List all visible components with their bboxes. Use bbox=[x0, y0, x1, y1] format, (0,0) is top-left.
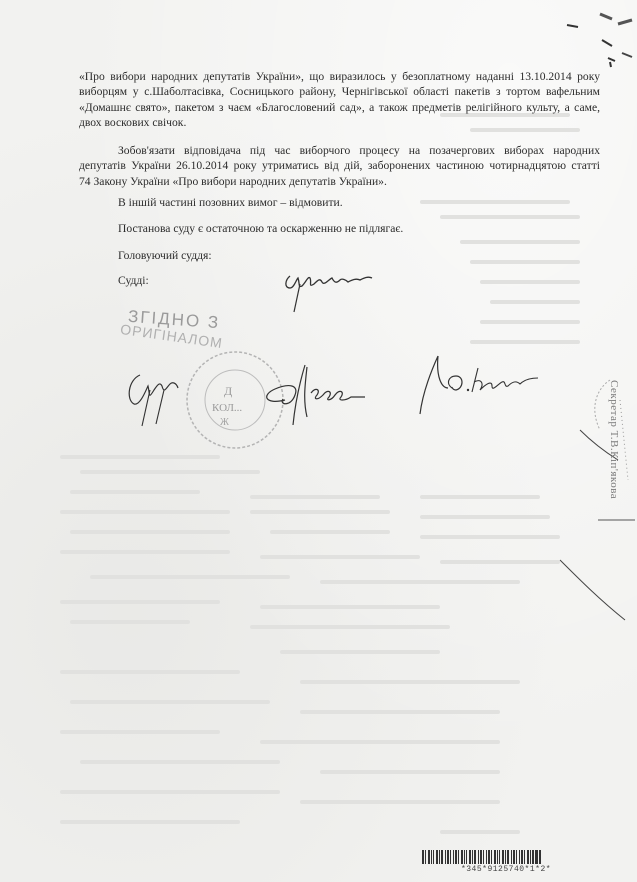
text-line: Зобов'язати відповідача під час виборчог… bbox=[79, 143, 600, 158]
judges-label: Судді: bbox=[118, 273, 149, 288]
rejection-text: В іншій частині позовних вимог – відмови… bbox=[118, 195, 343, 210]
paragraph-obligation: Зобов'язати відповідача під час виборчог… bbox=[79, 143, 600, 189]
signature-judge-3 bbox=[255, 355, 375, 430]
document-barcode: *345*9125740*1*2* bbox=[422, 850, 590, 874]
document-page: «Про вибори народних депутатів України»,… bbox=[0, 0, 637, 882]
text-line: депутатів України 26.10.2014 року утрима… bbox=[79, 158, 600, 173]
side-stamp-arcs-icon bbox=[540, 370, 637, 630]
svg-text:Д: Д bbox=[224, 384, 232, 398]
text-line: виборцям у с.Шаболтасівка, Сосницького р… bbox=[79, 84, 600, 99]
svg-text:Ж: Ж bbox=[220, 417, 229, 428]
paragraph-violation: «Про вибори народних депутатів України»,… bbox=[79, 69, 600, 130]
corner-pen-marks-icon bbox=[560, 0, 637, 80]
signature-judge-1 bbox=[280, 268, 380, 318]
signature-judge-4 bbox=[408, 348, 558, 418]
round-stamp-text: КОЛ... bbox=[212, 402, 242, 414]
text-line: 74 Закону України «Про вибори народних д… bbox=[79, 174, 600, 189]
presiding-judge-label: Головуючий суддя: bbox=[118, 248, 212, 263]
text-line: «Про вибори народних депутатів України»,… bbox=[79, 69, 600, 84]
text-line: двох воскових свічок. bbox=[79, 115, 600, 130]
text-line: «Домашнє свято», пакетом з чаєм «Благосл… bbox=[79, 100, 600, 115]
signature-judge-2 bbox=[120, 360, 200, 430]
finality-text: Постанова суду є остаточною та оскарженн… bbox=[118, 221, 403, 236]
barcode-number: *345*9125740*1*2* bbox=[422, 865, 590, 874]
secretary-stamp: Секретар Т.В.Кіп'якова bbox=[600, 380, 620, 515]
barcode-bars-icon bbox=[422, 850, 590, 864]
